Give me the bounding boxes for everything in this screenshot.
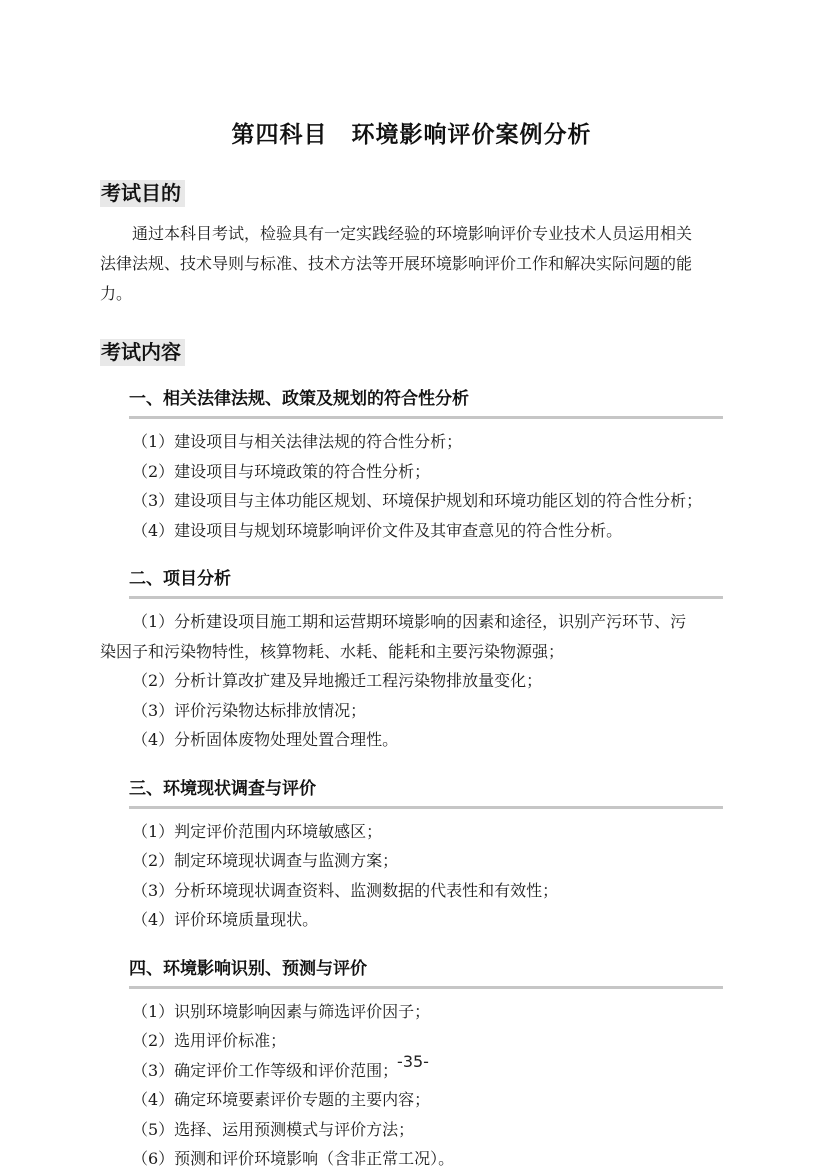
subsection-items: （1）建设项目与相关法律法规的符合性分析；（2）建设项目与环境政策的符合性分析；… xyxy=(100,427,723,545)
subsection: 一、相关法律法规、政策及规划的符合性分析 （1）建设项目与相关法律法规的符合性分… xyxy=(100,389,723,545)
list-item: （1）建设项目与相关法律法规的符合性分析； xyxy=(100,427,723,457)
list-item: （6）预测和评价环境影响（含非正常工况）。 xyxy=(100,1144,723,1169)
subsection-title: 三、环境现状调查与评价 xyxy=(129,779,723,809)
page-number: -35- xyxy=(0,1052,826,1071)
exam-purpose-heading-text: 考试目的 xyxy=(100,180,185,207)
exam-purpose-paragraph: 通过本科目考试，检验具有一定实践经验的环境影响评价专业技术人员运用相关 法律法规… xyxy=(100,219,723,309)
list-item: （5）选择、运用预测模式与评价方法； xyxy=(100,1115,723,1145)
subsection-title: 四、环境影响识别、预测与评价 xyxy=(129,959,723,989)
subsection: 三、环境现状调查与评价 （1）判定评价范围内环境敏感区；（2）制定环境现状调查与… xyxy=(100,779,723,935)
list-item: （1）识别环境影响因素与筛选评价因子； xyxy=(100,997,723,1027)
list-item: （2）分析计算改扩建及异地搬迁工程污染物排放量变化； xyxy=(100,666,723,696)
list-item: （4）建设项目与规划环境影响评价文件及其审查意见的符合性分析。 xyxy=(100,516,723,546)
list-item: （4）确定环境要素评价专题的主要内容； xyxy=(100,1085,723,1115)
exam-content-heading-text: 考试内容 xyxy=(100,339,185,366)
list-item: （3）分析环境现状调查资料、监测数据的代表性和有效性； xyxy=(100,876,723,906)
list-item: （2）制定环境现状调查与监测方案； xyxy=(100,846,723,876)
subsection-items: （1）判定评价范围内环境敏感区；（2）制定环境现状调查与监测方案；（3）分析环境… xyxy=(100,817,723,935)
subsection-items: （1）分析建设项目施工期和运营期环境影响的因素和途径，识别产污环节、污 染因子和… xyxy=(100,607,723,755)
list-item: （3）建设项目与主体功能区规划、环境保护规划和环境功能区划的符合性分析； xyxy=(100,486,723,516)
list-item: （1）分析建设项目施工期和运营期环境影响的因素和途径，识别产污环节、污 染因子和… xyxy=(100,607,723,666)
section-heading-exam-content: 考试内容 xyxy=(100,339,723,365)
list-item: （1）判定评价范围内环境敏感区； xyxy=(100,817,723,847)
subsection: 二、项目分析 （1）分析建设项目施工期和运营期环境影响的因素和途径，识别产污环节… xyxy=(100,569,723,755)
subsection-items: （1）识别环境影响因素与筛选评价因子；（2）选用评价标准；（3）确定评价工作等级… xyxy=(100,997,723,1169)
list-item: （2）建设项目与环境政策的符合性分析； xyxy=(100,457,723,487)
list-item: （3）评价污染物达标排放情况； xyxy=(100,696,723,726)
subsection-title: 二、项目分析 xyxy=(129,569,723,599)
section-heading-exam-purpose: 考试目的 xyxy=(100,180,723,206)
list-item: （4）评价环境质量现状。 xyxy=(100,905,723,935)
subsection-title: 一、相关法律法规、政策及规划的符合性分析 xyxy=(129,389,723,419)
list-item: （4）分析固体废物处理处置合理性。 xyxy=(100,725,723,755)
page-title: 第四科目 环境影响评价案例分析 xyxy=(100,0,723,150)
document-page: 第四科目 环境影响评价案例分析 考试目的 通过本科目考试，检验具有一定实践经验的… xyxy=(0,0,826,1169)
page-content: 第四科目 环境影响评价案例分析 考试目的 通过本科目考试，检验具有一定实践经验的… xyxy=(0,0,826,1169)
